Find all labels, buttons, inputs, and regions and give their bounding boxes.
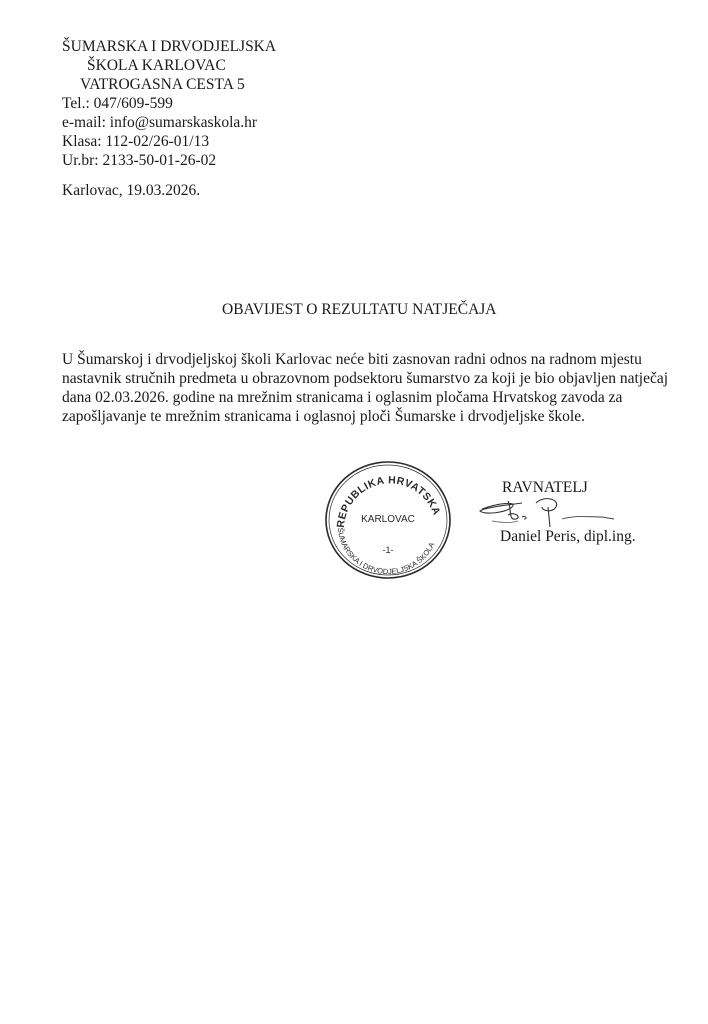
official-stamp: REPUBLIKA HRVATSKA KARLOVAC -1- ŠUMARSKA…	[322, 458, 454, 582]
school-address: VATROGASNA CESTA 5	[80, 75, 245, 94]
school-phone: Tel.: 047/609-599	[62, 94, 173, 113]
body-line: nastavnik stručnih predmeta u obrazovnom…	[62, 369, 662, 388]
school-name-line1: ŠUMARSKA I DRVODJELJSKA	[62, 37, 276, 56]
body-line: dana 02.03.2026. godine na mrežnim stran…	[62, 388, 662, 407]
signer-role: RAVNATELJ	[502, 478, 588, 497]
school-name-line2: ŠKOLA KARLOVAC	[87, 56, 226, 75]
place-date: Karlovac, 19.03.2026.	[62, 181, 200, 200]
stamp-number: -1-	[383, 545, 394, 555]
handwritten-signature	[478, 497, 618, 531]
klasa-number: Klasa: 112-02/26-01/13	[62, 132, 209, 151]
body-line: zapošljavanje te mrežnim stranicama i og…	[62, 407, 662, 426]
document-title: OBAVIJEST O REZULTATU NATJEČAJA	[222, 300, 496, 319]
body-line: U Šumarskoj i drvodjeljskoj školi Karlov…	[62, 350, 662, 369]
body-paragraph: U Šumarskoj i drvodjeljskoj školi Karlov…	[62, 350, 662, 426]
school-email: e-mail: info@sumarskaskola.hr	[62, 113, 257, 132]
registry-number: Ur.br: 2133-50-01-26-02	[62, 151, 216, 170]
signer-name: Daniel Peris, dipl.ing.	[500, 527, 636, 546]
stamp-city: KARLOVAC	[361, 514, 415, 525]
